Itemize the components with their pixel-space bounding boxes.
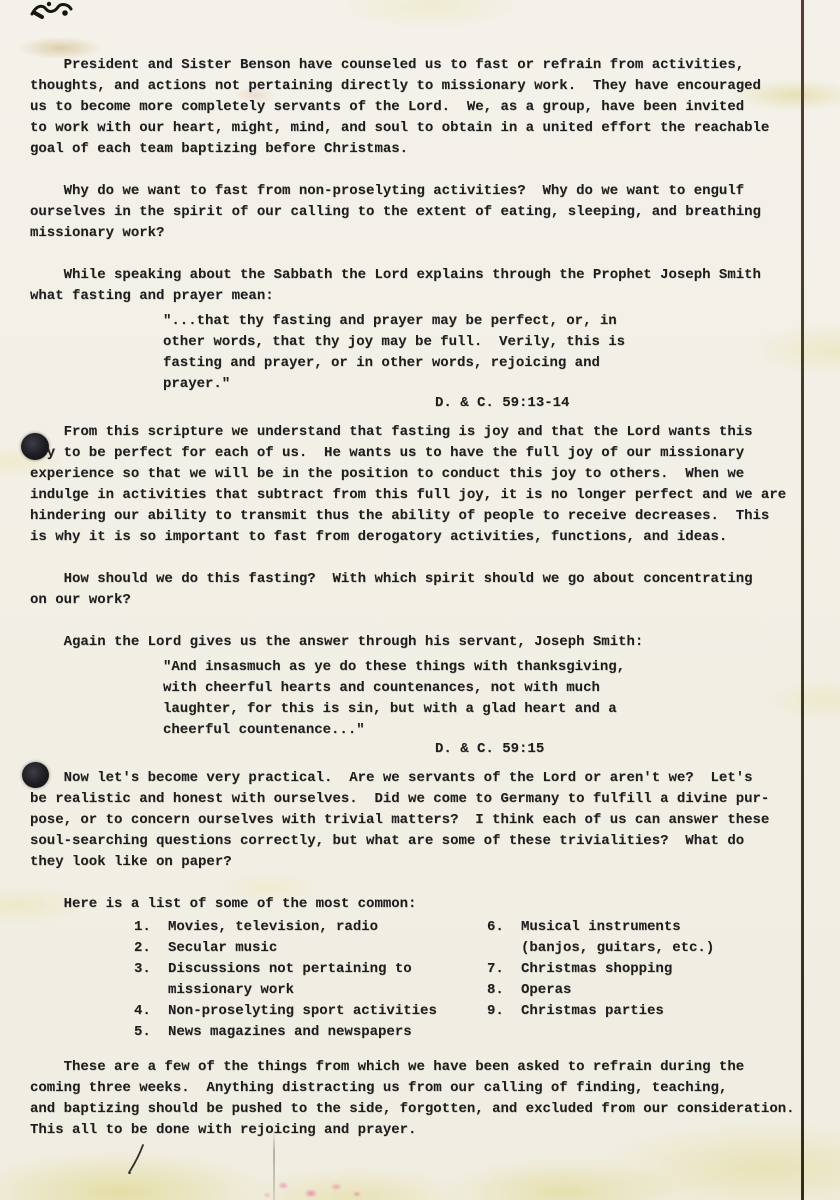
list-item-text: Christmas shopping (521, 959, 672, 980)
list-item-number: 7. (487, 959, 521, 980)
list-column-left: 1. Movies, television, radio 2. Secular … (134, 917, 487, 1043)
paper-crease-line (273, 1128, 275, 1200)
paragraph-benson-counsel: President and Sister Benson have counsel… (30, 55, 830, 160)
pink-ink-smudge (258, 1176, 373, 1200)
list-item-number: 4. (134, 1001, 168, 1022)
document-body: President and Sister Benson have counsel… (30, 55, 830, 1162)
scripture-quote-1: "...that thy fasting and prayer may be p… (163, 311, 830, 395)
list-item-number: 2. (134, 938, 168, 959)
list-item-number: 9. (487, 1001, 521, 1022)
list-item-text: Musical instruments (banjos, guitars, et… (521, 917, 714, 959)
list-item: 2. Secular music (134, 938, 487, 959)
list-item-number: 1. (134, 917, 168, 938)
paragraph-practical: Now let's become very practical. Are we … (30, 768, 830, 873)
scanned-document-page: President and Sister Benson have counsel… (0, 0, 840, 1200)
list-item: 1. Movies, television, radio (134, 917, 487, 938)
list-item: 4. Non-proselyting sport activities (134, 1001, 487, 1022)
list-item-text: Movies, television, radio (168, 917, 378, 938)
list-item: 3. Discussions not pertaining to mission… (134, 959, 487, 1001)
list-item: 8. Operas (487, 980, 714, 1001)
scripture-citation-1: D. & C. 59:13-14 (435, 393, 830, 414)
list-item-text: Operas (521, 980, 571, 1001)
list-item-number: 8. (487, 980, 521, 1001)
paragraph-sabbath-intro: While speaking about the Sabbath the Lor… (30, 265, 830, 307)
list-item-number: 3. (134, 959, 168, 1001)
list-item-text: Christmas parties (521, 1001, 664, 1022)
list-item: 7. Christmas shopping (487, 959, 714, 980)
scripture-quote-2: "And insasmuch as ye do these things wit… (163, 657, 830, 741)
paragraph-how-fast: How should we do this fasting? With whic… (30, 569, 830, 611)
list-item-number: 5. (134, 1022, 168, 1043)
list-item-text: Non-proselyting sport activities (168, 1001, 437, 1022)
paragraph-fasting-is-joy: From this scripture we understand that f… (30, 422, 830, 548)
list-column-right: 6. Musical instruments (banjos, guitars,… (487, 917, 714, 1043)
hole-punch-bottom (22, 762, 49, 788)
list-item: 9. Christmas parties (487, 1001, 714, 1022)
paragraph-why-fast: Why do we want to fast from non-proselyt… (30, 181, 830, 244)
list-item: 6. Musical instruments (banjos, guitars,… (487, 917, 714, 959)
list-item-text: Secular music (168, 938, 277, 959)
list-item-number: 6. (487, 917, 521, 959)
list-item-text: News magazines and newspapers (168, 1022, 412, 1043)
trivialities-list: 1. Movies, television, radio 2. Secular … (134, 917, 830, 1043)
right-margin-rule-line (801, 0, 804, 1200)
list-item: 5. News magazines and newspapers (134, 1022, 487, 1043)
handwritten-scribble-mark (28, 0, 83, 26)
handwritten-slash-mark (126, 1142, 150, 1178)
paragraph-list-intro: Here is a list of some of the most commo… (30, 894, 830, 915)
hole-punch-top (21, 433, 49, 460)
list-item-text: Discussions not pertaining to missionary… (168, 959, 412, 1001)
paragraph-again-answer: Again the Lord gives us the answer throu… (30, 632, 830, 653)
scripture-citation-2: D. & C. 59:15 (435, 739, 830, 760)
paragraph-closing: These are a few of the things from which… (30, 1057, 830, 1141)
